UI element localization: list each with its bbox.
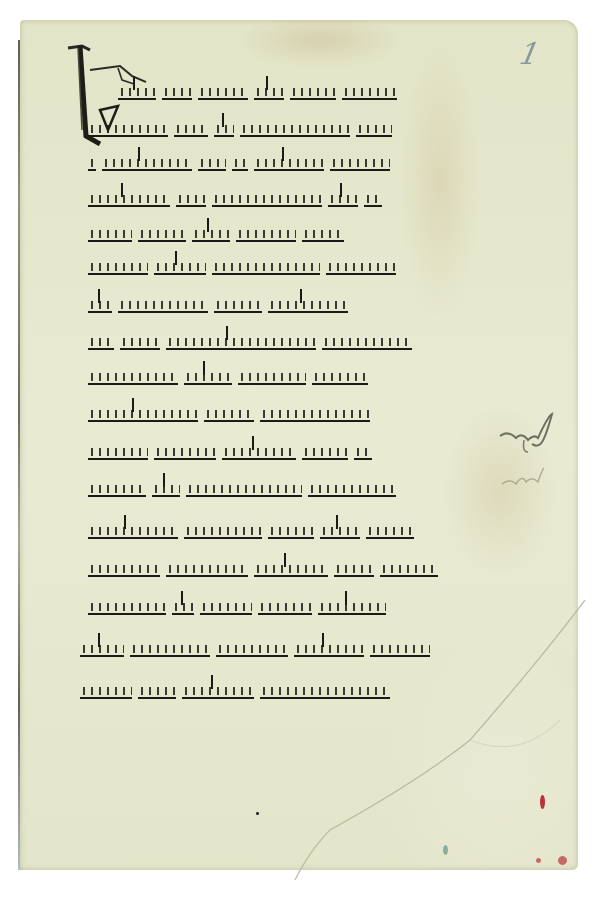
script-word: [88, 261, 148, 275]
manuscript-text-line: [88, 365, 478, 391]
script-word: [366, 525, 414, 539]
manuscript-text-line: [118, 80, 495, 106]
red-ink-spot: [536, 858, 541, 863]
manuscript-text-line: [88, 557, 490, 583]
script-word: [236, 228, 296, 242]
script-word: [80, 643, 124, 657]
script-word: [318, 601, 386, 615]
script-word: [302, 228, 344, 242]
script-word: [118, 86, 156, 100]
script-word: [88, 193, 170, 207]
script-word: [326, 261, 396, 275]
script-word: [154, 446, 216, 460]
script-word: [354, 446, 372, 460]
script-word: [328, 193, 358, 207]
script-word: [88, 228, 132, 242]
script-word: [334, 563, 374, 577]
script-word: [222, 446, 296, 460]
script-word: [212, 193, 322, 207]
script-word: [322, 336, 412, 350]
manuscript-text-line: [80, 637, 486, 663]
script-word: [120, 336, 160, 350]
script-word: [88, 299, 112, 313]
script-word: [88, 446, 148, 460]
script-word: [118, 299, 208, 313]
script-word: [88, 563, 160, 577]
script-word: [198, 157, 226, 171]
manuscript-text-line: [88, 187, 500, 213]
manuscript-text-line: [88, 117, 495, 143]
script-word: [294, 643, 364, 657]
red-ink-spot: [558, 856, 567, 865]
script-word: [312, 371, 368, 385]
script-word: [88, 601, 166, 615]
script-word: [88, 525, 178, 539]
script-word: [380, 563, 438, 577]
script-word: [166, 563, 248, 577]
script-word: [216, 643, 288, 657]
manuscript-text-line: [88, 595, 470, 621]
script-word: [260, 685, 390, 699]
script-word: [254, 157, 324, 171]
script-word: [200, 601, 252, 615]
script-word: [214, 123, 234, 137]
manuscript-text-line: [88, 330, 485, 356]
manuscript-text-line: [88, 519, 492, 545]
script-word: [166, 336, 316, 350]
script-word: [240, 123, 350, 137]
script-word: [214, 299, 262, 313]
script-word: [238, 371, 306, 385]
script-word: [184, 371, 232, 385]
script-word: [162, 86, 192, 100]
ink-dot: [256, 812, 259, 815]
script-word: [302, 446, 348, 460]
script-word: [356, 123, 392, 137]
script-word: [138, 685, 176, 699]
manuscript-text-line: [88, 222, 475, 248]
script-word: [88, 408, 198, 422]
script-word: [192, 228, 230, 242]
script-word: [364, 193, 382, 207]
script-word: [370, 643, 430, 657]
script-word: [88, 157, 96, 171]
green-speck: [443, 845, 448, 855]
script-word: [254, 563, 328, 577]
manuscript-text-line: [88, 440, 484, 466]
script-word: [198, 86, 248, 100]
red-ink-spot: [540, 795, 545, 809]
script-word: [154, 261, 206, 275]
script-word: [176, 193, 206, 207]
script-word: [308, 483, 396, 497]
script-word: [152, 483, 180, 497]
manuscript-text-line: [88, 293, 470, 319]
script-word: [88, 336, 114, 350]
script-word: [204, 408, 254, 422]
manuscript-text-line: [88, 402, 485, 428]
manuscript-text-line: [88, 151, 480, 177]
script-word: [330, 157, 390, 171]
marginal-annotation: [498, 412, 558, 492]
script-word: [102, 157, 192, 171]
script-word: [342, 86, 397, 100]
script-word: [258, 601, 312, 615]
script-word: [320, 525, 360, 539]
script-word: [186, 483, 302, 497]
manuscript-text-line: [88, 477, 490, 503]
script-word: [88, 123, 168, 137]
script-word: [88, 371, 178, 385]
script-word: [290, 86, 336, 100]
script-word: [212, 261, 320, 275]
script-word: [80, 685, 132, 699]
script-word: [184, 525, 262, 539]
script-word: [174, 123, 208, 137]
script-word: [268, 299, 348, 313]
script-word: [268, 525, 314, 539]
script-word: [182, 685, 254, 699]
script-word: [254, 86, 284, 100]
script-word: [130, 643, 210, 657]
script-word: [88, 483, 146, 497]
manuscript-text-line: [88, 255, 490, 281]
script-word: [232, 157, 248, 171]
script-word: [172, 601, 194, 615]
manuscript-text-line: [80, 679, 480, 705]
script-word: [260, 408, 370, 422]
script-word: [138, 228, 186, 242]
